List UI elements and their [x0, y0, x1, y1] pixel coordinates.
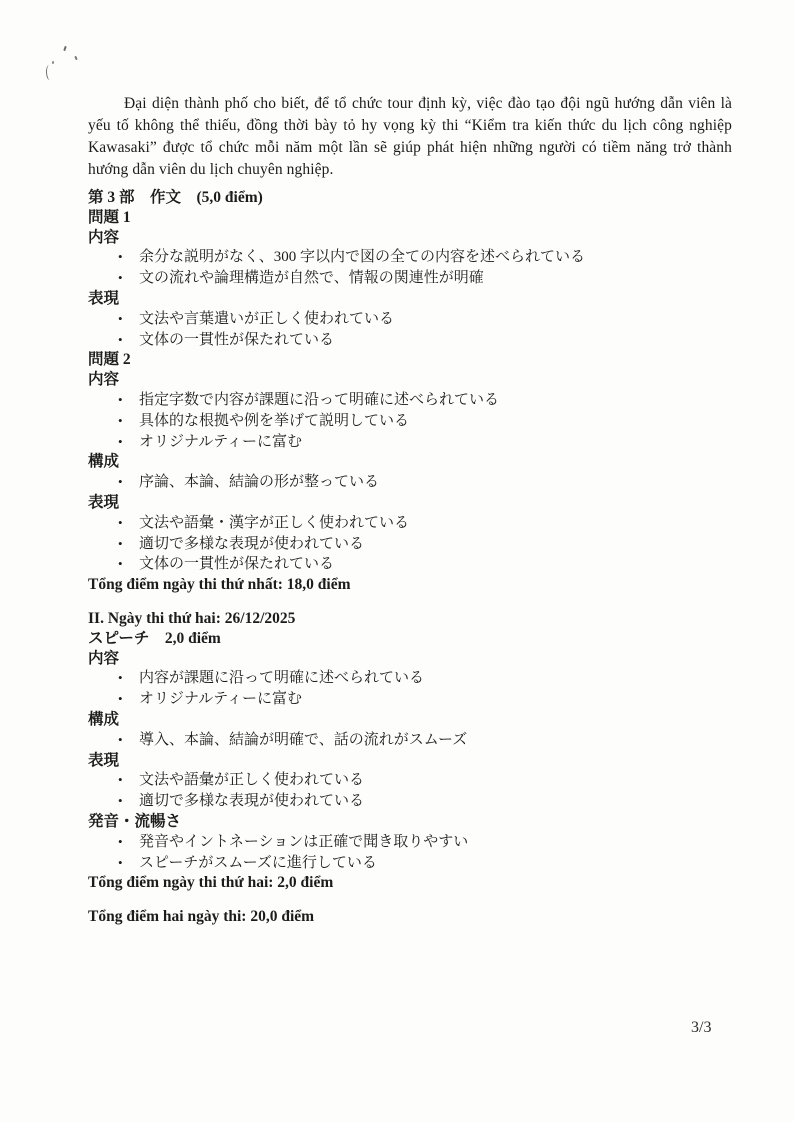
bullet-item: •指定字数で内容が課題に沿って明確に述べられている	[88, 390, 732, 411]
bullet-item: •オリジナルティーに富む	[88, 432, 732, 453]
bullet-item: •導入、本論、結論が明確で、話の流れがスムーズ	[88, 730, 732, 751]
criteria-heading-content: 内容	[88, 228, 732, 248]
bullet-text: 発音やイントネーションは正確で聞き取りやすい	[139, 833, 732, 853]
bullet-icon: •	[118, 730, 139, 750]
criteria-heading-content: 内容	[88, 370, 732, 390]
bullet-icon: •	[118, 330, 139, 350]
criteria-heading-structure: 構成	[88, 452, 732, 472]
bullet-item: •スピーチがスムーズに進行している	[88, 853, 732, 874]
bullet-icon: •	[118, 432, 139, 452]
bullet-text: 序論、本論、結論の形が整っている	[139, 473, 732, 493]
bullet-icon: •	[118, 247, 139, 267]
bullet-icon: •	[118, 853, 139, 873]
section-heading: 第 3 部 作文 (5,0 điểm)	[88, 188, 732, 208]
bullet-icon: •	[118, 268, 139, 288]
speech-score-heading: スピーチ 2,0 điểm	[88, 629, 732, 649]
overall-total-score-line: Tổng điểm hai ngày thi: 20,0 điểm	[88, 907, 732, 927]
bullet-item: •発音やイントネーションは正確で聞き取りやすい	[88, 832, 732, 853]
scan-artifact-tick	[63, 46, 67, 51]
bullet-icon: •	[118, 689, 139, 709]
bullet-text: 文体の一貫性が保たれている	[139, 555, 732, 575]
bullet-item: •オリジナルティーに富む	[88, 689, 732, 710]
day2-heading: II. Ngày thi thứ hai: 26/12/2025	[88, 609, 732, 629]
criteria-heading-structure: 構成	[88, 710, 732, 730]
bullet-icon: •	[118, 513, 139, 533]
bullet-item: •具体的な根拠や例を挙げて説明している	[88, 411, 732, 432]
bullet-icon: •	[118, 309, 139, 329]
day2-total-score-line: Tổng điểm ngày thi thứ hai: 2,0 điểm	[88, 873, 732, 893]
bullet-item: •文法や語彙・漢字が正しく使われている	[88, 513, 732, 534]
bullet-icon: •	[118, 472, 139, 492]
bullet-text: 文体の一貫性が保たれている	[139, 331, 732, 351]
bullet-icon: •	[118, 770, 139, 790]
bullet-item: •文法や言葉遣いが正しく使われている	[88, 309, 732, 330]
day1-total-score-line: Tổng điểm ngày thi thứ nhất: 18,0 điểm	[88, 575, 732, 595]
bullet-text: 文の流れや論理構造が自然で、情報の関連性が明確	[139, 269, 732, 289]
question-2-heading: 問題 2	[88, 350, 732, 370]
bullet-text: 具体的な根拠や例を挙げて説明している	[139, 412, 732, 432]
bullet-item: •序論、本論、結論の形が整っている	[88, 472, 732, 493]
bullet-item: •適切で多様な表現が使われている	[88, 791, 732, 812]
bullet-text: 適切で多様な表現が使われている	[139, 792, 732, 812]
intro-paragraph: Đại diện thành phố cho biết, để tổ chức …	[88, 93, 732, 181]
bullet-icon: •	[118, 554, 139, 574]
bullet-item: •適切で多様な表現が使われている	[88, 534, 732, 555]
bullet-icon: •	[118, 668, 139, 688]
scanned-document-page: Đại diện thành phố cho biết, để tổ chức …	[0, 0, 794, 1122]
blank-line	[88, 595, 732, 609]
bullet-item: •文の流れや論理構造が自然で、情報の関連性が明確	[88, 268, 732, 289]
bullet-item: •文体の一貫性が保たれている	[88, 554, 732, 575]
bullet-text: スピーチがスムーズに進行している	[139, 854, 732, 874]
bullet-item: •文体の一貫性が保たれている	[88, 330, 732, 351]
bullet-text: オリジナルティーに富む	[139, 690, 732, 710]
bullet-text: 指定字数で内容が課題に沿って明確に述べられている	[139, 391, 732, 411]
bullet-icon: •	[118, 791, 139, 811]
bullet-icon: •	[118, 534, 139, 554]
bullet-text: 文法や語彙が正しく使われている	[139, 771, 732, 791]
scan-artifact-curve	[45, 65, 54, 81]
scan-artifact-tick	[74, 56, 78, 60]
grading-criteria-list: 第 3 部 作文 (5,0 điểm)問題 1内容•余分な説明がなく、300 字…	[88, 188, 732, 927]
criteria-heading-pronunciation-fluency: 発音・流暢さ	[88, 812, 732, 832]
bullet-item: •内容が課題に沿って明確に述べられている	[88, 668, 732, 689]
bullet-text: 導入、本論、結論が明確で、話の流れがスムーズ	[139, 731, 732, 751]
bullet-text: 文法や語彙・漢字が正しく使われている	[139, 514, 732, 534]
question-1-heading: 問題 1	[88, 208, 732, 228]
bullet-text: 余分な説明がなく、300 字以内で図の全ての内容を述べられている	[139, 248, 732, 268]
bullet-icon: •	[118, 390, 139, 410]
bullet-item: •余分な説明がなく、300 字以内で図の全ての内容を述べられている	[88, 247, 732, 268]
bullet-text: オリジナルティーに富む	[139, 433, 732, 453]
blank-line	[88, 893, 732, 907]
bullet-item: •文法や語彙が正しく使われている	[88, 770, 732, 791]
criteria-heading-expression: 表現	[88, 493, 732, 513]
criteria-heading-expression: 表現	[88, 289, 732, 309]
bullet-text: 内容が課題に沿って明確に述べられている	[139, 669, 732, 689]
document-body: Đại diện thành phố cho biết, để tổ chức …	[88, 93, 732, 927]
bullet-icon: •	[118, 411, 139, 431]
criteria-heading-content: 内容	[88, 649, 732, 669]
criteria-heading-expression: 表現	[88, 751, 732, 771]
bullet-text: 適切で多様な表現が使われている	[139, 535, 732, 555]
page-number: 3/3	[691, 1019, 711, 1037]
bullet-icon: •	[118, 832, 139, 852]
bullet-text: 文法や言葉遣いが正しく使われている	[139, 310, 732, 330]
